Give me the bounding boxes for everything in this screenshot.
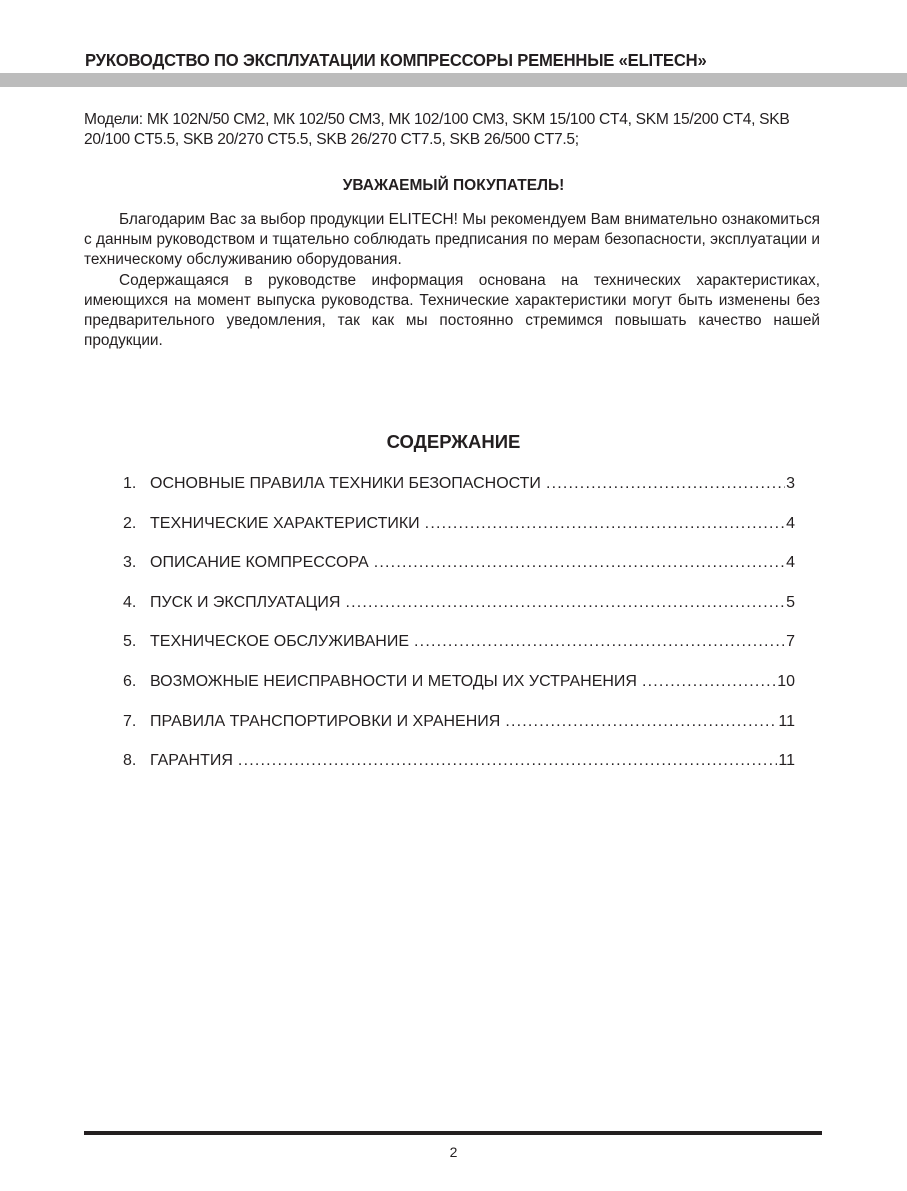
toc-item-label: ТЕХНИЧЕСКИЕ ХАРАКТЕРИСТИКИ (150, 515, 420, 533)
greeting-heading: УВАЖАЕМЫЙ ПОКУПАТЕЛЬ! (0, 177, 907, 195)
toc-item[interactable]: 1. ОСНОВНЫЕ ПРАВИЛА ТЕХНИКИ БЕЗОПАСНОСТИ… (123, 475, 795, 515)
toc-item-number: 4. (123, 594, 150, 612)
toc-item-number: 7. (123, 713, 150, 731)
toc-item-label: ОПИСАНИЕ КОМПРЕССОРА (150, 554, 369, 572)
toc-leader-dots (546, 475, 785, 493)
toc-leader-dots (374, 554, 785, 572)
document-header-title: РУКОВОДСТВО ПО ЭКСПЛУАТАЦИИ КОМПРЕССОРЫ … (85, 50, 707, 71)
toc-item-label: ОСНОВНЫЕ ПРАВИЛА ТЕХНИКИ БЕЗОПАСНОСТИ (150, 475, 541, 493)
toc-leader-dots (642, 673, 776, 691)
footer-rule (84, 1131, 822, 1135)
models-list: Модели: МК 102N/50 СМ2, МК 102/50 СМ3, М… (84, 110, 826, 150)
toc-item-page: 5 (786, 594, 795, 612)
toc-item-label: ВОЗМОЖНЫЕ НЕИСПРАВНОСТИ И МЕТОДЫ ИХ УСТР… (150, 673, 637, 691)
toc-leader-dots (505, 713, 777, 731)
table-of-contents: 1. ОСНОВНЫЕ ПРАВИЛА ТЕХНИКИ БЕЗОПАСНОСТИ… (123, 475, 795, 792)
toc-item-page: 10 (777, 673, 795, 691)
toc-item-label: ПРАВИЛА ТРАНСПОРТИРОВКИ И ХРАНЕНИЯ (150, 713, 500, 731)
toc-leader-dots (425, 515, 785, 533)
toc-item-page: 4 (786, 554, 795, 572)
toc-item-number: 2. (123, 515, 150, 533)
toc-item-number: 8. (123, 752, 150, 770)
toc-item-page: 11 (778, 713, 795, 731)
toc-item[interactable]: 8. ГАРАНТИЯ 11 (123, 752, 795, 792)
toc-item[interactable]: 4. ПУСК И ЭКСПЛУАТАЦИЯ 5 (123, 594, 795, 634)
toc-leader-dots (238, 752, 777, 770)
toc-item-number: 1. (123, 475, 150, 493)
toc-leader-dots (345, 594, 785, 612)
toc-item[interactable]: 2. ТЕХНИЧЕСКИЕ ХАРАКТЕРИСТИКИ 4 (123, 515, 795, 555)
toc-item[interactable]: 3. ОПИСАНИЕ КОМПРЕССОРА 4 (123, 554, 795, 594)
toc-leader-dots (414, 633, 785, 651)
toc-item[interactable]: 6. ВОЗМОЖНЫЕ НЕИСПРАВНОСТИ И МЕТОДЫ ИХ У… (123, 673, 795, 713)
toc-item-page: 7 (786, 633, 795, 651)
header-bar (0, 73, 907, 87)
intro-paragraph-2: Содержащаяся в руководстве информация ос… (84, 271, 820, 351)
toc-item-label: ТЕХНИЧЕСКОЕ ОБСЛУЖИВАНИЕ (150, 633, 409, 651)
toc-item-number: 6. (123, 673, 150, 691)
toc-item[interactable]: 7. ПРАВИЛА ТРАНСПОРТИРОВКИ И ХРАНЕНИЯ 11 (123, 713, 795, 753)
intro-paragraph-1: Благодарим Вас за выбор продукции ELITEC… (84, 210, 820, 270)
toc-item-number: 3. (123, 554, 150, 572)
toc-item-page: 3 (786, 475, 795, 493)
toc-item-page: 4 (786, 515, 795, 533)
toc-heading: СОДЕРЖАНИЕ (0, 431, 907, 453)
page-number: 2 (0, 1144, 907, 1160)
toc-item-number: 5. (123, 633, 150, 651)
toc-item-label: ПУСК И ЭКСПЛУАТАЦИЯ (150, 594, 340, 612)
toc-item-page: 11 (778, 752, 795, 770)
toc-item[interactable]: 5. ТЕХНИЧЕСКОЕ ОБСЛУЖИВАНИЕ 7 (123, 633, 795, 673)
toc-item-label: ГАРАНТИЯ (150, 752, 233, 770)
